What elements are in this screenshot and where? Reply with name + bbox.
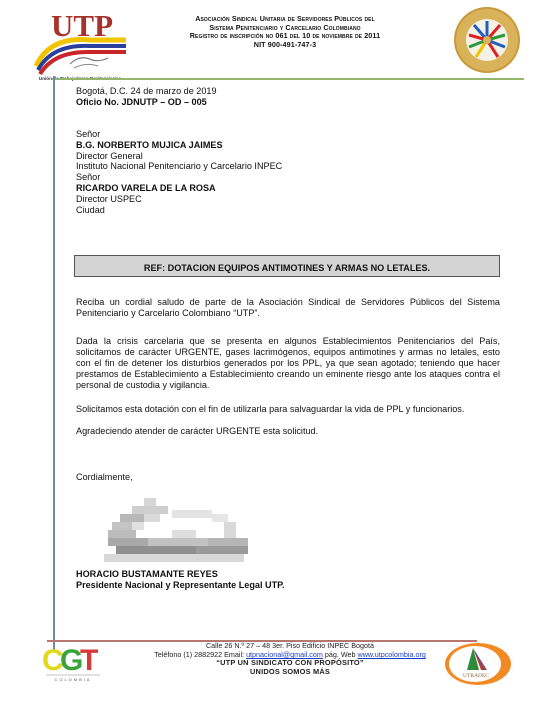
recipient-1-organization: Instituto Nacional Penitenciario y Carce…	[76, 161, 282, 172]
letter-heading: Bogotá, D.C. 24 de marzo de 2019 Oficio …	[76, 86, 217, 108]
utp-logo: UTP Unión de Trabajadores Penitenciarios	[30, 6, 130, 82]
signer-block: HORACIO BUSTAMANTE REYES Presidente Naci…	[76, 569, 285, 591]
recipient-2-salutation: Señor	[76, 172, 282, 183]
utradec-logo: UTRADEC	[443, 640, 513, 688]
paragraph-request: Dada la crisis carcelaria que se present…	[76, 336, 500, 391]
recipient-1-name: B.G. NORBERTO MUJICA JAIMES	[76, 140, 282, 151]
header-divider	[52, 78, 524, 80]
footer-website-link[interactable]: www.utpcolombia.org	[358, 650, 426, 659]
svg-text:T: T	[80, 644, 98, 677]
recipient-2-location: Ciudad	[76, 205, 282, 216]
recipient-1-title: Director General	[76, 151, 282, 162]
cgt-logo: C G T COLOMBIA	[40, 640, 105, 690]
org-line-4: NIT 900-491-747-3	[150, 41, 420, 50]
svg-text:UTRADEC: UTRADEC	[463, 673, 489, 679]
paragraph-greeting: Reciba un cordial saludo de parte de la …	[76, 297, 500, 319]
oas-seal-logo	[452, 5, 522, 75]
redacted-signature-icon	[84, 490, 264, 568]
paragraph-thanks: Agradeciendo atender de carácter URGENTE…	[76, 426, 500, 437]
recipients-block: Señor B.G. NORBERTO MUJICA JAIMES Direct…	[76, 129, 282, 215]
signer-title: Presidente Nacional y Representante Lega…	[76, 580, 285, 591]
signer-name: HORACIO BUSTAMANTE REYES	[76, 569, 285, 580]
svg-text:COLOMBIA: COLOMBIA	[54, 677, 91, 682]
subject-text: REF: DOTACION EQUIPOS ANTIMOTINES Y ARMA…	[144, 263, 430, 273]
footer-address: Calle 26 N.º 27 – 48 3er. Piso Edificio …	[140, 641, 440, 650]
recipient-1-salutation: Señor	[76, 129, 282, 140]
footer-contact: Calle 26 N.º 27 – 48 3er. Piso Edificio …	[140, 641, 440, 676]
subject-box: REF: DOTACION EQUIPOS ANTIMOTINES Y ARMA…	[74, 255, 500, 277]
organization-header: Asociación Sindical Unitaria de Servidor…	[150, 15, 420, 49]
recipient-2-title: Director USPEC	[76, 194, 282, 205]
paragraph-purpose: Solicitamos esta dotación con el fin de …	[76, 404, 500, 415]
closing: Cordialmente,	[76, 472, 133, 482]
margin-line	[53, 76, 55, 651]
letter-date: Bogotá, D.C. 24 de marzo de 2019	[76, 86, 217, 97]
recipient-2-name: RICARDO VARELA DE LA ROSA	[76, 183, 282, 194]
footer-motto: UNIDOS SOMOS MÁS	[140, 668, 440, 677]
reference-number: Oficio No. JDNUTP – OD – 005	[76, 97, 217, 108]
